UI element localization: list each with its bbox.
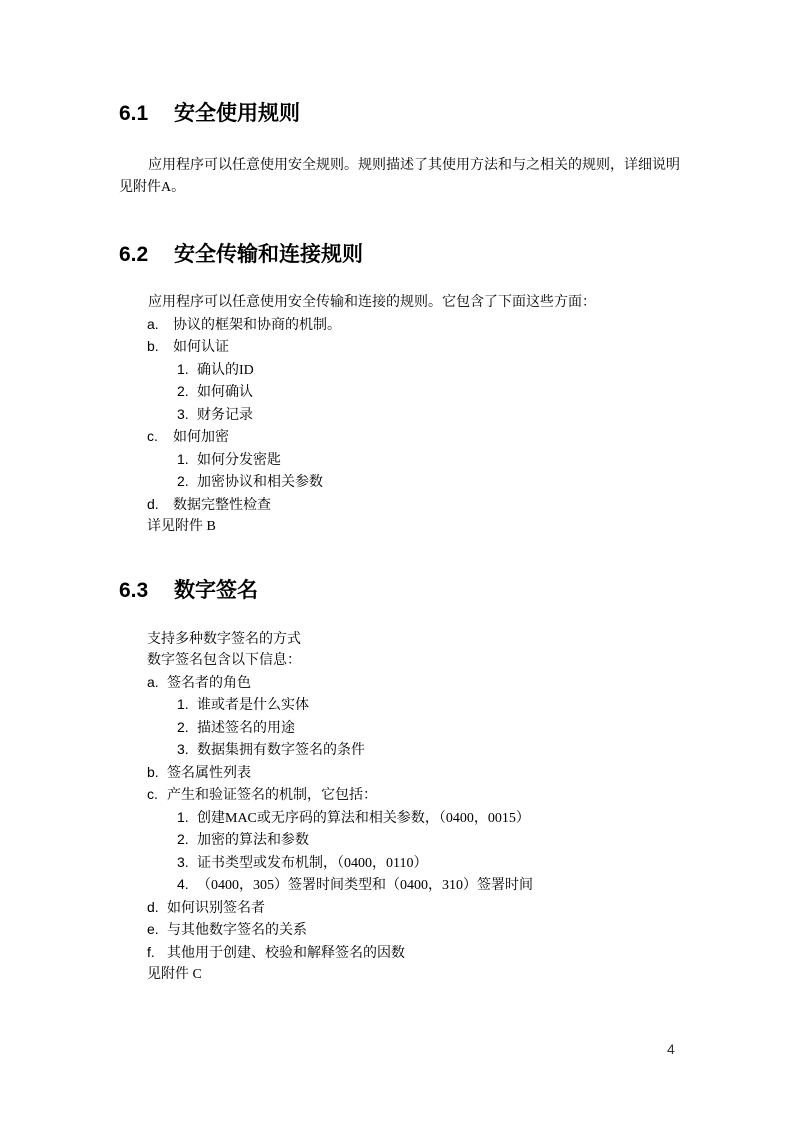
list-item: 2.加密协议和相关参数 bbox=[119, 471, 673, 494]
list-item-text: 数据完整性检查 bbox=[173, 498, 271, 513]
list-item-label: a. bbox=[147, 314, 173, 336]
list-item-label: f. bbox=[147, 942, 167, 964]
paragraph-line: 详见附件 B bbox=[119, 516, 673, 538]
list-item-text: 如何识别签名者 bbox=[167, 901, 265, 916]
list-item-label: b. bbox=[147, 762, 167, 784]
list-item: 2.加密的算法和参数 bbox=[119, 829, 673, 852]
list-item-label: 4. bbox=[177, 874, 197, 896]
list-item: 1.如何分发密匙 bbox=[119, 449, 673, 472]
page-content: 6.1安全使用规则 应用程序可以任意使用安全规则。规则描述了其使用方法和与之相关… bbox=[119, 101, 673, 986]
list-item-label: c. bbox=[147, 426, 173, 448]
list-item-text: 谁或者是什么实体 bbox=[197, 698, 309, 713]
list-item: b.如何认证 bbox=[119, 336, 673, 359]
list-item-text: 加密的算法和参数 bbox=[197, 833, 309, 848]
list-item-label: 3. bbox=[177, 404, 197, 426]
list-item-label: e. bbox=[147, 919, 167, 941]
paragraph-line: 应用程序可以任意使用安全规则。规则描述了其使用方法和与之相关的规则，详细说明 bbox=[119, 155, 673, 177]
section-body: 应用程序可以任意使用安全传输和连接的规则。它包含了下面这些方面： a.协议的框架… bbox=[119, 292, 673, 538]
list-item: d.如何识别签名者 bbox=[119, 897, 673, 920]
list-item: 1.创建MAC或无序码的算法和相关参数，（0400，0015） bbox=[119, 807, 673, 830]
list-item: 2.描述签名的用途 bbox=[119, 717, 673, 740]
paragraph-line: 数字签名包含以下信息： bbox=[119, 650, 673, 672]
list-item-label: 1. bbox=[177, 807, 197, 829]
section-number: 6.1 bbox=[119, 101, 174, 127]
section-body: 应用程序可以任意使用安全规则。规则描述了其使用方法和与之相关的规则，详细说明 见… bbox=[119, 155, 673, 198]
list-item: 1.确认的ID bbox=[119, 359, 673, 382]
paragraph-line: 见附件 C bbox=[119, 964, 673, 986]
section-title: 数字签名 bbox=[174, 579, 258, 602]
list-item-text: 加密协议和相关参数 bbox=[197, 475, 323, 490]
list-item: e.与其他数字签名的关系 bbox=[119, 919, 673, 942]
list-item: c.产生和验证签名的机制，它包括： bbox=[119, 784, 673, 807]
list-item: 2.如何确认 bbox=[119, 381, 673, 404]
section-number: 6.3 bbox=[119, 578, 174, 604]
list-item-text: 如何确认 bbox=[197, 385, 253, 400]
page-number: 4 bbox=[667, 1042, 675, 1056]
list-item: c.如何加密 bbox=[119, 426, 673, 449]
list-item: a.签名者的角色 bbox=[119, 672, 673, 695]
list-item-text: 签名者的角色 bbox=[167, 676, 251, 691]
list-item-label: d. bbox=[147, 897, 167, 919]
list-item-text: 财务记录 bbox=[197, 408, 253, 423]
list-item-label: 2. bbox=[177, 717, 197, 739]
list-item-label: d. bbox=[147, 494, 173, 516]
paragraph-line: 见附件A。 bbox=[119, 177, 673, 199]
list-item-text: 证书类型或发布机制，（0400，0110） bbox=[197, 856, 427, 871]
list-item: a.协议的框架和协商的机制。 bbox=[119, 314, 673, 337]
list-item-label: 1. bbox=[177, 449, 197, 471]
list-item-text: 协议的框架和协商的机制。 bbox=[173, 318, 341, 333]
section-heading: 6.3数字签名 bbox=[119, 578, 673, 604]
section-heading: 6.2安全传输和连接规则 bbox=[119, 242, 673, 268]
list-item: b.签名属性列表 bbox=[119, 762, 673, 785]
list-item-text: 签名属性列表 bbox=[167, 766, 251, 781]
section-6-2: 6.2安全传输和连接规则 应用程序可以任意使用安全传输和连接的规则。它包含了下面… bbox=[119, 242, 673, 538]
list-item: 4.（0400，305）签署时间类型和（0400，310）签署时间 bbox=[119, 874, 673, 897]
section-title: 安全使用规则 bbox=[174, 102, 300, 125]
list-item-text: 与其他数字签名的关系 bbox=[167, 923, 307, 938]
list-item-text: 如何认证 bbox=[173, 340, 229, 355]
list-item-text: 创建MAC或无序码的算法和相关参数，（0400，0015） bbox=[197, 811, 530, 826]
section-number: 6.2 bbox=[119, 242, 174, 268]
list-item-text: （0400，305）签署时间类型和（0400，310）签署时间 bbox=[197, 878, 533, 893]
list-item: 3.证书类型或发布机制，（0400，0110） bbox=[119, 852, 673, 875]
section-6-1: 6.1安全使用规则 应用程序可以任意使用安全规则。规则描述了其使用方法和与之相关… bbox=[119, 101, 673, 198]
list-item-label: a. bbox=[147, 672, 167, 694]
list-item: 3.财务记录 bbox=[119, 404, 673, 427]
list-item-label: 2. bbox=[177, 381, 197, 403]
section-6-3: 6.3数字签名 支持多种数字签名的方式 数字签名包含以下信息： a.签名者的角色… bbox=[119, 578, 673, 986]
list-item-label: 3. bbox=[177, 739, 197, 761]
section-title: 安全传输和连接规则 bbox=[174, 243, 363, 266]
section-heading: 6.1安全使用规则 bbox=[119, 101, 673, 127]
paragraph-line: 支持多种数字签名的方式 bbox=[119, 629, 673, 651]
list-item-text: 其他用于创建、校验和解释签名的因数 bbox=[167, 946, 405, 961]
document-page: 6.1安全使用规则 应用程序可以任意使用安全规则。规则描述了其使用方法和与之相关… bbox=[0, 0, 793, 1122]
list-item-text: 产生和验证签名的机制，它包括： bbox=[167, 788, 377, 803]
list-item: d.数据完整性检查 bbox=[119, 494, 673, 517]
list-item-text: 数据集拥有数字签名的条件 bbox=[197, 743, 365, 758]
list-item: 1.谁或者是什么实体 bbox=[119, 694, 673, 717]
list-item-label: b. bbox=[147, 336, 173, 358]
list-item-label: 1. bbox=[177, 359, 197, 381]
list-item-text: 确认的ID bbox=[197, 363, 254, 378]
list-item-label: 2. bbox=[177, 471, 197, 493]
list-item-label: 1. bbox=[177, 694, 197, 716]
list-item-label: c. bbox=[147, 784, 167, 806]
list-item-text: 描述签名的用途 bbox=[197, 721, 295, 736]
list-item-text: 如何分发密匙 bbox=[197, 453, 281, 468]
paragraph-line: 应用程序可以任意使用安全传输和连接的规则。它包含了下面这些方面： bbox=[119, 292, 673, 314]
section-body: 支持多种数字签名的方式 数字签名包含以下信息： a.签名者的角色 1.谁或者是什… bbox=[119, 629, 673, 986]
list-item: 3.数据集拥有数字签名的条件 bbox=[119, 739, 673, 762]
list-item-label: 2. bbox=[177, 829, 197, 851]
list-item-label: 3. bbox=[177, 852, 197, 874]
list-item: f.其他用于创建、校验和解释签名的因数 bbox=[119, 942, 673, 965]
list-item-text: 如何加密 bbox=[173, 430, 229, 445]
